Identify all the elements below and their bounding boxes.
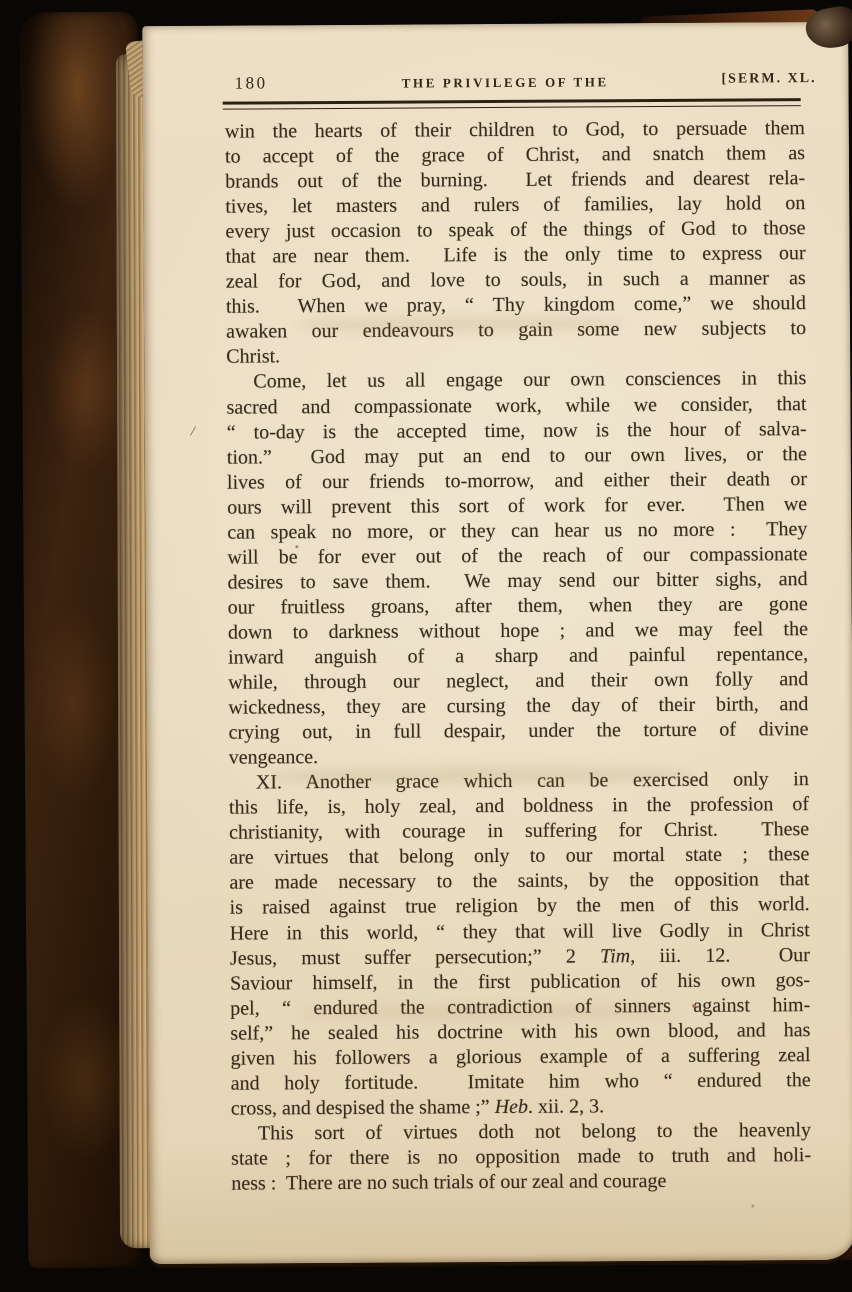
text-line: Jesus, must suffer persecution;” 2 Tim, … — [230, 943, 810, 972]
paper-speck — [751, 1204, 754, 1207]
text-segment: “ to-day is the accepted time, now is th… — [227, 418, 807, 444]
text-line: are made necessary to the saints, by the… — [229, 868, 809, 897]
text-line: christianity, with courage in suffering … — [229, 817, 809, 846]
text-line: brands out of the burning. Let friends a… — [225, 166, 805, 195]
page-header: 180 THE PRIVILEGE OF THE [SERM. XL. — [225, 70, 807, 98]
body-text: win the hearts of their children to God,… — [225, 116, 812, 1197]
text-segment: lives of our friends to-morrow, and eith… — [227, 468, 807, 494]
text-segment: Jesus, must suffer persecution;” 2 — [230, 945, 600, 969]
text-segment: christianity, with courage in suffering … — [229, 818, 809, 844]
text-segment: are virtues that belong only to our mort… — [229, 843, 809, 869]
text-segment: ours will prevent this sort of work for … — [227, 493, 807, 519]
text-segment: tion.” God may put an end to our own liv… — [227, 443, 807, 469]
text-segment: is raised against true religion by the m… — [230, 894, 810, 920]
header-rule — [223, 98, 801, 110]
text-line: self,” he sealed his doctrine with his o… — [230, 1018, 810, 1047]
text-line: to accept of the grace of Christ, and sn… — [225, 141, 805, 170]
text-segment: cross, and despised the shame ;” — [231, 1096, 495, 1120]
margin-mark: / — [189, 424, 197, 441]
header-section-label: [SERM. XL. — [721, 71, 816, 88]
text-segment: our fruitless groans, after them, when t… — [228, 593, 808, 619]
text-line: ness : There are no such trials of our z… — [231, 1168, 811, 1197]
text-line: Here in this world, “ they that will liv… — [230, 918, 810, 947]
text-line: can speak no more, or they can hear us n… — [227, 517, 807, 546]
text-line: Christ. — [226, 342, 806, 371]
text-segment: every just occasion to speak of the thin… — [225, 217, 805, 243]
text-line: our fruitless groans, after them, when t… — [228, 592, 808, 621]
text-segment: while, through our neglect, and their ow… — [228, 668, 808, 694]
text-line: this life, is, holy zeal, and boldness i… — [229, 792, 809, 821]
text-segment: This sort of virtues doth not belong to … — [258, 1119, 811, 1144]
text-line: are virtues that belong only to our mort… — [229, 842, 809, 871]
text-line: lives of our friends to-morrow, and eith… — [227, 467, 807, 496]
book-page: 180 THE PRIVILEGE OF THE [SERM. XL. win … — [142, 22, 852, 1266]
text-line: cross, and despised the shame ;” Heb. xi… — [231, 1093, 811, 1122]
text-line: and holy fortitude. Imitate him who “ en… — [231, 1068, 811, 1097]
text-line: sacred and compassionate work, while we … — [226, 392, 806, 421]
text-segment: Christ. — [226, 346, 280, 368]
text-segment: will be for ever out of the reach of our… — [227, 543, 807, 569]
text-segment: wickedness, they are cursing the day of … — [228, 693, 808, 719]
text-segment: inward anguish of a sharp and painful re… — [228, 643, 808, 669]
text-line: that are near them. Life is the only tim… — [226, 241, 806, 270]
page-number: 180 — [235, 73, 268, 93]
text-line: will be for ever out of the reach of our… — [227, 542, 807, 571]
paper-speck — [692, 1004, 696, 1008]
text-segment: . xii. 2, 3. — [528, 1095, 604, 1117]
text-segment: tives, let masters and rulers of familie… — [225, 192, 805, 218]
text-segment: state ; for there is no opposition made … — [231, 1144, 811, 1170]
paper-speck — [295, 545, 298, 548]
text-segment: vengeance. — [229, 746, 319, 769]
photo-of-book-page: { "colors": { "background": "#090704", "… — [0, 0, 852, 1292]
text-line: every just occasion to speak of the thin… — [225, 216, 805, 245]
text-segment: desires to save them. We may send our bi… — [228, 568, 808, 594]
text-segment: can speak no more, or they can hear us n… — [227, 518, 807, 544]
text-line: wickedness, they are cursing the day of … — [228, 692, 808, 721]
text-segment: Come, let us all engage our own conscien… — [253, 368, 806, 393]
text-segment: that are near them. Life is the only tim… — [226, 242, 806, 268]
text-segment: win the hearts of their children to God,… — [225, 117, 805, 143]
text-line: desires to save them. We may send our bi… — [228, 567, 808, 596]
text-line: inward anguish of a sharp and painful re… — [228, 642, 808, 671]
text-segment: self,” he sealed his doctrine with his o… — [230, 1019, 810, 1045]
text-segment: zeal for God, and love to souls, in such… — [226, 267, 806, 293]
text-line: zeal for God, and love to souls, in such… — [226, 266, 806, 295]
text-segment: crying out, in full despair, under the t… — [228, 718, 808, 744]
text-segment: and holy fortitude. Imitate him who “ en… — [231, 1069, 811, 1095]
text-segment: this. When we pray, “ Thy kingdom come,”… — [226, 292, 806, 318]
scripture-reference: Tim — [600, 945, 630, 967]
text-segment: , iii. 12. Our — [630, 944, 810, 967]
text-line: This sort of virtues doth not belong to … — [231, 1118, 811, 1147]
text-segment: Here in this world, “ they that will liv… — [230, 919, 810, 945]
text-segment: ness : There are no such trials of our z… — [231, 1170, 666, 1195]
text-segment: down to darkness without hope ; and we m… — [228, 618, 808, 644]
text-line: crying out, in full despair, under the t… — [228, 717, 808, 746]
scripture-reference: Heb — [495, 1096, 528, 1118]
text-segment: sacred and compassionate work, while we … — [226, 393, 806, 419]
text-line: given his followers a glorious example o… — [230, 1043, 810, 1072]
text-segment: are made necessary to the saints, by the… — [229, 869, 809, 895]
text-segment: to accept of the grace of Christ, and sn… — [225, 142, 805, 168]
running-title: THE PRIVILEGE OF THE — [402, 74, 609, 91]
text-line: Saviour himself, in the first publicatio… — [230, 968, 810, 997]
text-line: is raised against true religion by the m… — [230, 893, 810, 922]
text-segment: this life, is, holy zeal, and boldness i… — [229, 793, 809, 819]
text-segment: Saviour himself, in the first publicatio… — [230, 969, 810, 995]
text-line: while, through our neglect, and their ow… — [228, 667, 808, 696]
text-line: Come, let us all engage our own conscien… — [226, 367, 806, 396]
text-line: win the hearts of their children to God,… — [225, 116, 805, 145]
text-segment: given his followers a glorious example o… — [230, 1044, 810, 1070]
text-line: ours will prevent this sort of work for … — [227, 492, 807, 521]
text-line: state ; for there is no opposition made … — [231, 1143, 811, 1172]
text-segment: brands out of the burning. Let friends a… — [225, 167, 805, 193]
text-line: “ to-day is the accepted time, now is th… — [227, 417, 807, 446]
text-line: down to darkness without hope ; and we m… — [228, 617, 808, 646]
text-line: tion.” God may put an end to our own liv… — [227, 442, 807, 471]
text-line: tives, let masters and rulers of familie… — [225, 191, 805, 220]
